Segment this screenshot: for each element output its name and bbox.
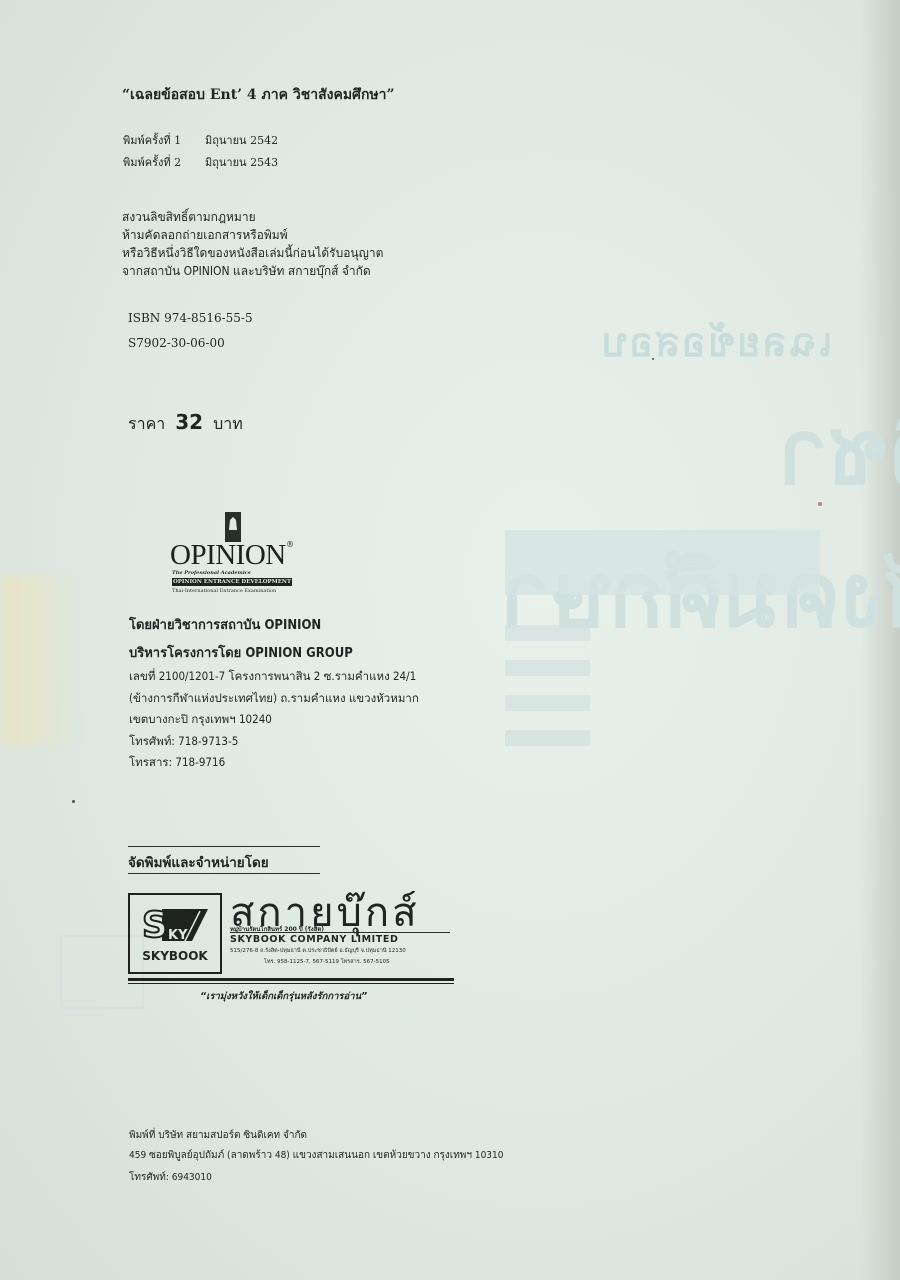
show-through-title: วิชาสังคมศึกษา — [500, 380, 900, 666]
svg-text:KY: KY — [168, 928, 188, 943]
distributor-heading: จัดพิมพ์และจำหน่ายโดย — [128, 851, 269, 873]
show-through-rows — [505, 625, 590, 765]
knight-emblem-icon — [225, 512, 241, 542]
paper-stain — [0, 575, 80, 745]
paper-speck — [652, 358, 654, 360]
registered-mark: ® — [286, 540, 294, 549]
skybook-logo: S KY SKYBOOK — [128, 893, 222, 974]
edition-label: พิมพ์ครั้งที่ 1 — [123, 134, 181, 147]
price: ราคา32บาท — [128, 410, 243, 437]
opinion-address: เลขที่ 2100/1201-7 โครงการพนาสิน 2 ซ.ราม… — [129, 666, 419, 774]
copyright-line: จากสถาบัน OPINION และบริษัท สกายบุ๊กส์ จ… — [122, 262, 383, 280]
divider-thin — [128, 983, 454, 984]
paper-speck — [818, 502, 822, 506]
address-line: เลขที่ 2100/1201-7 โครงการพนาสิน 2 ซ.ราม… — [129, 666, 419, 688]
opinion-tagline: The Professional Academics — [172, 570, 251, 576]
skybook-phone: โทร. 958-1125-7, 567-5119 โทรสาร. 567-51… — [264, 958, 390, 966]
edition-date: มิถุนายน 2543 — [205, 153, 278, 171]
edition-1: พิมพ์ครั้งที่ 1 มิถุนายน 2542 — [123, 131, 181, 149]
printer-name: พิมพ์ที่ บริษัท สยามสปอร์ต ซินดิเคท จำกั… — [129, 1128, 307, 1143]
show-through-text: เฉลยข้อสอบ — [600, 310, 832, 374]
edition-2: พิมพ์ครั้งที่ 2 มิถุนายน 2543 — [123, 153, 181, 171]
svg-text:S: S — [142, 905, 168, 945]
copyright-notice: สงวนลิขสิทธิ์ตามกฎหมาย ห้ามคัดลอกถ่ายเอก… — [122, 208, 383, 280]
divider — [230, 932, 450, 933]
skybook-mark-icon: S KY — [140, 903, 210, 945]
edition-label: พิมพ์ครั้งที่ 2 — [123, 156, 181, 169]
opinion-org-line2: บริหารโครงการโดย OPINION GROUP — [129, 642, 353, 663]
copyright-line: สงวนลิขสิทธิ์ตามกฎหมาย — [122, 208, 383, 226]
address-line: (ข้างการกีฬาแห่งประเทศไทย) ถ.รามคำแหง แข… — [129, 688, 419, 710]
price-amount: 32 — [175, 410, 203, 434]
skybook-english-name: SKYBOOK COMPANY LIMITED — [230, 934, 398, 945]
opinion-logo: OPINION ® The Professional Academics OPI… — [170, 512, 300, 597]
skybook-address: 515/276-8 ถ.รังสิต-ปทุมธานี ต.ประชาธิปัต… — [230, 947, 406, 955]
opinion-org-line1: โดยฝ่ายวิชาการสถาบัน OPINION — [129, 614, 321, 635]
book-title: “เฉลยข้อสอบ Ent’ 4 ภาค วิชาสังคมศึกษา” — [122, 84, 395, 106]
catalog-code: S7902-30-06-00 — [128, 336, 225, 350]
divider — [128, 846, 320, 847]
divider — [128, 873, 320, 874]
fax-line: โทรสาร: 718-9716 — [129, 752, 419, 774]
divider-thick — [128, 978, 454, 981]
copyright-line: หรือวิธีหนึ่งวิธีใดของหนังสือเล่มนี้ก่อน… — [122, 244, 383, 262]
book-copyright-page: เฉลยข้อสอบ วิชาสังคมศึกษา “เฉลยข้อสอบ En… — [0, 0, 900, 1280]
price-unit: บาท — [213, 414, 243, 433]
edition-date: มิถุนายน 2542 — [205, 131, 278, 149]
opinion-bar: OPINION ENTRANCE DEVELOPMENT — [172, 578, 292, 586]
phone-line: โทรศัพท์: 718-9713-5 — [129, 731, 419, 753]
isbn: ISBN 974-8516-55-5 — [128, 311, 253, 325]
opinion-subtext: Thai-International Entrance Examination — [172, 588, 276, 594]
opinion-wordmark: OPINION — [170, 539, 286, 572]
paper-speck — [72, 800, 75, 803]
printer-phone: โทรศัพท์: 6943010 — [129, 1170, 212, 1185]
address-line: เขตบางกะปิ กรุงเทพฯ 10240 — [129, 709, 419, 731]
price-prefix: ราคา — [128, 414, 165, 433]
slogan: “เรามุ่งหวังให้เด็กเด็กรุ่นหลังรักการอ่า… — [200, 989, 367, 1004]
show-through-band — [505, 530, 820, 595]
copyright-line: ห้ามคัดลอกถ่ายเอกสารหรือพิมพ์ — [122, 226, 383, 244]
printer-address: 459 ซอยพิบูลย์อุปถัมภ์ (ลาดพร้าว 48) แขว… — [129, 1148, 503, 1163]
skybook-label: SKYBOOK — [130, 949, 220, 963]
